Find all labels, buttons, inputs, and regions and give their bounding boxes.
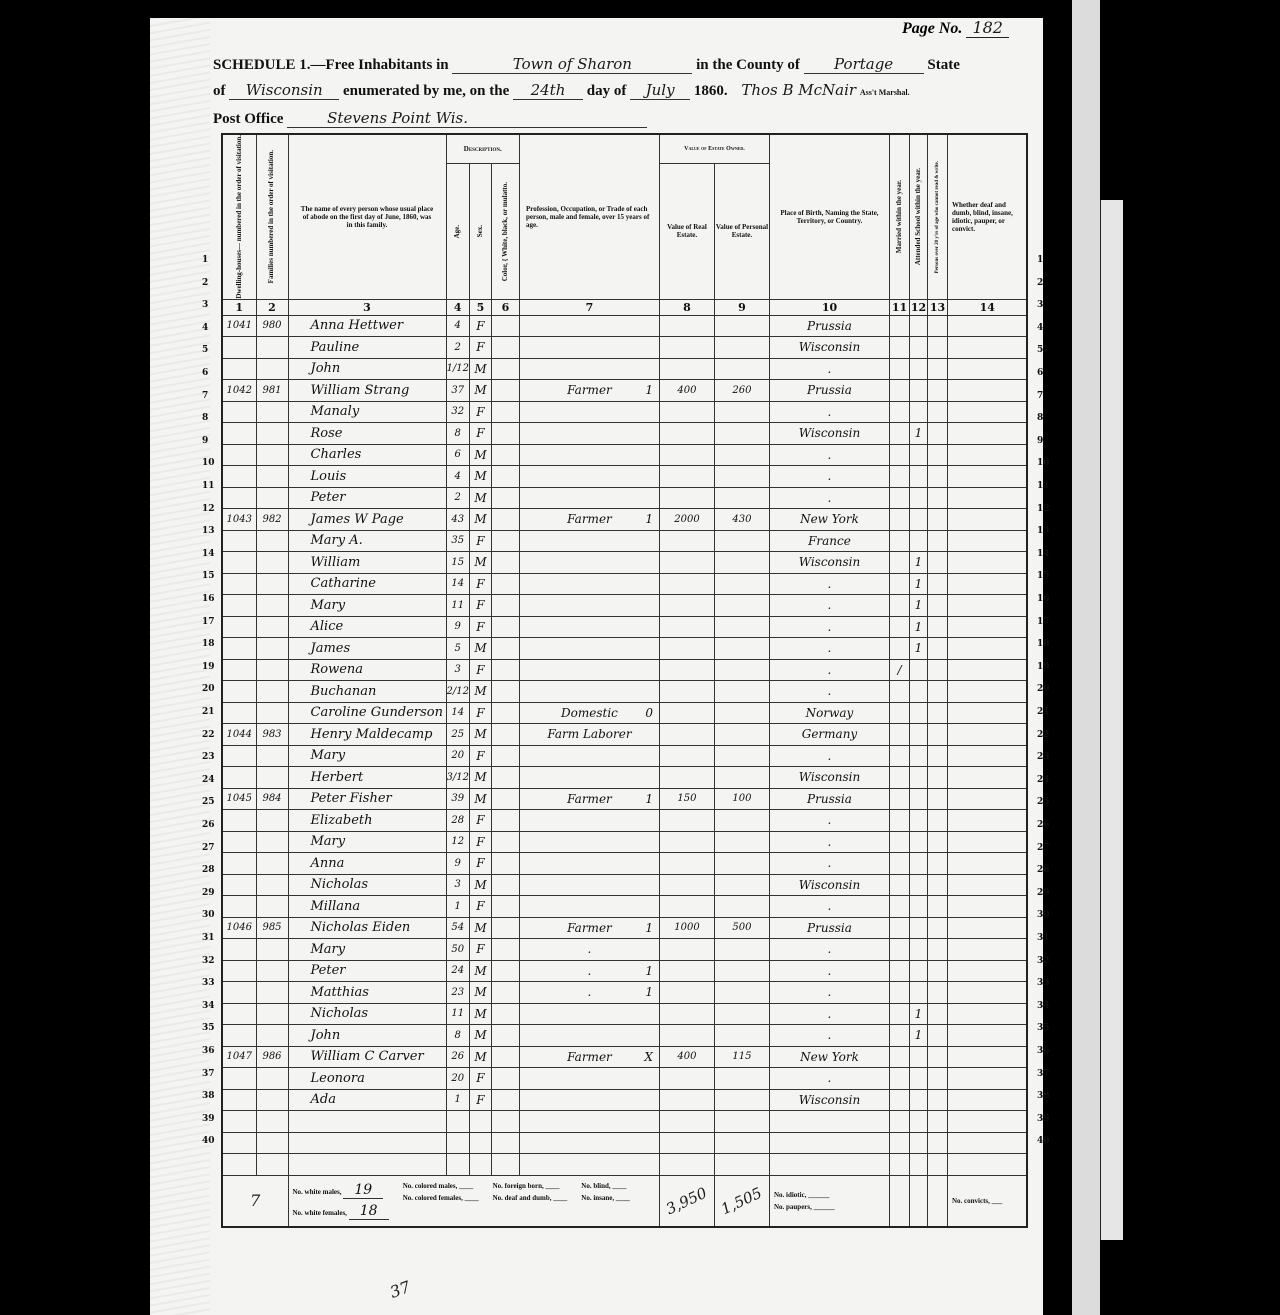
sex-cell: M: [469, 380, 491, 402]
line-number: 24: [1037, 775, 1050, 785]
line-number: 25: [202, 797, 215, 807]
line-number: 4: [202, 323, 208, 333]
color-cell: [491, 509, 519, 531]
person-name-cell: [288, 1154, 446, 1176]
real-estate-value-cell: [659, 896, 714, 918]
occupation-mark: 1: [645, 383, 653, 397]
occupation-cell: [519, 573, 659, 595]
cannot-read-write-cell: [927, 1003, 947, 1025]
real-estate-value-cell: [659, 466, 714, 488]
attended-school-cell: [909, 1111, 927, 1133]
census-table: Dwelling-houses— numbered in the order o…: [221, 133, 1028, 1228]
family-number-cell: [256, 702, 288, 724]
col-header-color: Color, { White, black, or mulatto.: [491, 164, 519, 299]
table-row: Ada1FWisconsin: [222, 1089, 1027, 1111]
sex-cell: M: [469, 552, 491, 574]
real-estate-value-cell: [659, 960, 714, 982]
person-name-cell: Mary: [288, 595, 446, 617]
family-number-cell: [256, 358, 288, 380]
age-cell: 14: [446, 702, 469, 724]
personal-estate-value-cell: [714, 702, 769, 724]
personal-estate-value-cell: [714, 1154, 769, 1176]
sex-cell: M: [469, 960, 491, 982]
line-number: 30: [1037, 910, 1050, 920]
occupation-cell: [519, 874, 659, 896]
disability-cell: [947, 659, 1027, 681]
table-row: Anna9F.: [222, 853, 1027, 875]
line-number: 38: [202, 1091, 215, 1101]
family-number-cell: [256, 1111, 288, 1133]
occupation-cell: [519, 1003, 659, 1025]
color-cell: [491, 595, 519, 617]
occupation-cell: [519, 1132, 659, 1154]
birthplace-cell: .: [769, 939, 889, 961]
line-number: 9: [202, 436, 208, 446]
disability-cell: [947, 358, 1027, 380]
dwelling-number-cell: [222, 982, 256, 1004]
col-header-age: Age.: [446, 164, 469, 299]
color-cell: [491, 444, 519, 466]
birthplace-cell: France: [769, 530, 889, 552]
sex-cell: M: [469, 724, 491, 746]
disability-cell: [947, 788, 1027, 810]
birthplace-cell: .: [769, 982, 889, 1004]
line-number: 6: [1037, 368, 1043, 378]
real-estate-value-cell: 400: [659, 1046, 714, 1068]
birthplace-cell: [769, 1154, 889, 1176]
table-row: 1047986William C Carver26MFarmerX400115N…: [222, 1046, 1027, 1068]
age-cell: 3: [446, 874, 469, 896]
age-cell: 1: [446, 1089, 469, 1111]
sex-cell: M: [469, 638, 491, 660]
line-number: 13: [202, 526, 215, 536]
disability-cell: [947, 767, 1027, 789]
married-within-year-cell: [889, 960, 909, 982]
age-cell: 20: [446, 1068, 469, 1090]
sex-cell: M: [469, 982, 491, 1004]
person-name-cell: Peter: [288, 960, 446, 982]
table-row: Catharine14F.1: [222, 573, 1027, 595]
table-row: Rowena3F./: [222, 659, 1027, 681]
attended-school-cell: [909, 939, 927, 961]
occupation-cell: .1: [519, 960, 659, 982]
personal-estate-value-cell: [714, 831, 769, 853]
family-number-cell: 984: [256, 788, 288, 810]
disability-cell: [947, 1132, 1027, 1154]
age-cell: 50: [446, 939, 469, 961]
disability-cell: [947, 1025, 1027, 1047]
attended-school-cell: [909, 487, 927, 509]
married-within-year-cell: [889, 1003, 909, 1025]
disability-cell: [947, 380, 1027, 402]
cannot-read-write-cell: [927, 315, 947, 337]
family-number-cell: [256, 767, 288, 789]
personal-estate-value-cell: [714, 444, 769, 466]
family-number-cell: [256, 487, 288, 509]
age-cell: 12: [446, 831, 469, 853]
occupation-cell: [519, 552, 659, 574]
margin-note: 37: [387, 1277, 413, 1302]
line-number: 6: [202, 368, 208, 378]
real-estate-total: 3,950: [659, 1175, 714, 1227]
county-field: Portage: [804, 55, 924, 74]
birthplace-cell: .: [769, 960, 889, 982]
sex-cell: F: [469, 530, 491, 552]
real-estate-value-cell: [659, 1068, 714, 1090]
table-row: 1042981William Strang37MFarmer1400260Pru…: [222, 380, 1027, 402]
dwelling-number-cell: [222, 423, 256, 445]
attended-school-cell: [909, 1154, 927, 1176]
personal-estate-total: 1,505: [714, 1175, 769, 1227]
birthplace-cell: [769, 1111, 889, 1133]
married-within-year-cell: [889, 1111, 909, 1133]
person-name-cell: John: [288, 358, 446, 380]
personal-estate-value-cell: [714, 595, 769, 617]
color-cell: [491, 315, 519, 337]
age-cell: 35: [446, 530, 469, 552]
age-cell: 9: [446, 853, 469, 875]
personal-estate-value-cell: [714, 874, 769, 896]
age-cell: 1/12: [446, 358, 469, 380]
birthplace-cell: New York: [769, 509, 889, 531]
disability-cell: [947, 1003, 1027, 1025]
table-row: Manaly32F.: [222, 401, 1027, 423]
sex-cell: [469, 1111, 491, 1133]
dwelling-number-cell: [222, 401, 256, 423]
family-number-cell: [256, 573, 288, 595]
cannot-read-write-cell: [927, 745, 947, 767]
married-within-year-cell: [889, 1046, 909, 1068]
line-number: 26: [202, 820, 215, 830]
state-field: Wisconsin: [229, 81, 339, 100]
line-number: 19: [1037, 662, 1050, 672]
age-cell: 2/12: [446, 681, 469, 703]
occupation-cell: [519, 466, 659, 488]
real-estate-value-cell: [659, 337, 714, 359]
age-cell: 6: [446, 444, 469, 466]
disability-cell: [947, 509, 1027, 531]
married-within-year-cell: [889, 616, 909, 638]
attended-school-cell: [909, 681, 927, 703]
color-cell: [491, 853, 519, 875]
married-within-year-cell: [889, 853, 909, 875]
disability-cell: [947, 595, 1027, 617]
married-within-year-cell: [889, 1089, 909, 1111]
color-cell: [491, 960, 519, 982]
line-number: 19: [202, 662, 215, 672]
line-number: 39: [202, 1114, 215, 1124]
cannot-read-write-cell: [927, 337, 947, 359]
family-number-cell: [256, 1132, 288, 1154]
color-cell: [491, 1003, 519, 1025]
occupation-cell: [519, 896, 659, 918]
dwelling-number-cell: [222, 702, 256, 724]
color-cell: [491, 767, 519, 789]
col-header-occupation: Profession, Occupation, or Trade of each…: [519, 134, 659, 299]
table-row: Mary20F.: [222, 745, 1027, 767]
married-within-year-cell: [889, 702, 909, 724]
real-estate-value-cell: [659, 444, 714, 466]
age-cell: 28: [446, 810, 469, 832]
table-row: Alice9F.1: [222, 616, 1027, 638]
col-header-married: Married within the year.: [889, 134, 909, 299]
birthplace-cell: Wisconsin: [769, 337, 889, 359]
dwelling-number-cell: [222, 1003, 256, 1025]
married-within-year-cell: [889, 530, 909, 552]
line-number: 30: [202, 910, 215, 920]
color-cell: [491, 788, 519, 810]
occupation-cell: [519, 616, 659, 638]
dwelling-number-cell: [222, 444, 256, 466]
dwelling-number-cell: [222, 337, 256, 359]
color-cell: [491, 337, 519, 359]
married-within-year-cell: [889, 509, 909, 531]
birthplace-cell: Wisconsin: [769, 423, 889, 445]
family-number-cell: [256, 1154, 288, 1176]
line-number: 37: [1037, 1069, 1050, 1079]
married-within-year-cell: [889, 1132, 909, 1154]
occupation-cell: [519, 1089, 659, 1111]
person-name-cell: Rose: [288, 423, 446, 445]
married-within-year-cell: [889, 595, 909, 617]
occupation-mark: 1: [645, 921, 653, 935]
dwelling-number-cell: [222, 1111, 256, 1133]
age-cell: 9: [446, 616, 469, 638]
col-header-school: Attended School within the year.: [909, 134, 927, 299]
attended-school-cell: [909, 917, 927, 939]
summary-section: 7 No. white males, 19 No. white females,…: [222, 1175, 1027, 1227]
disability-cell: [947, 638, 1027, 660]
family-number-cell: [256, 896, 288, 918]
personal-estate-value-cell: [714, 1025, 769, 1047]
disability-cell: [947, 552, 1027, 574]
cannot-read-write-cell: [927, 1154, 947, 1176]
line-number: 9: [1037, 436, 1043, 446]
table-row: Nicholas11M.1: [222, 1003, 1027, 1025]
occupation-cell: Farmer1: [519, 788, 659, 810]
person-name-cell: James W Page: [288, 509, 446, 531]
line-number: 18: [202, 639, 215, 649]
birthplace-cell: Wisconsin: [769, 552, 889, 574]
occupation-cell: [519, 1111, 659, 1133]
disability-cell: [947, 315, 1027, 337]
occupation-cell: [519, 423, 659, 445]
birthplace-cell: .: [769, 831, 889, 853]
age-cell: 25: [446, 724, 469, 746]
person-name-cell: William Strang: [288, 380, 446, 402]
enumeration-line: of Wisconsin enumerated by me, on the 24…: [213, 81, 910, 100]
sex-cell: F: [469, 853, 491, 875]
day-field: 24th: [513, 81, 583, 100]
occupation-cell: [519, 831, 659, 853]
personal-estate-value-cell: [714, 724, 769, 746]
attended-school-cell: [909, 1046, 927, 1068]
age-cell: 54: [446, 917, 469, 939]
person-name-cell: Elizabeth: [288, 810, 446, 832]
married-within-year-cell: [889, 380, 909, 402]
personal-estate-value-cell: [714, 616, 769, 638]
sex-cell: F: [469, 810, 491, 832]
line-number: 37: [202, 1069, 215, 1079]
dwelling-number-cell: [222, 466, 256, 488]
census-rows: 1041980Anna Hettwer4FPrussiaPauline2FWis…: [222, 315, 1027, 1175]
personal-estate-value-cell: [714, 401, 769, 423]
sex-cell: [469, 1132, 491, 1154]
person-name-cell: Caroline Gunderson: [288, 702, 446, 724]
cannot-read-write-cell: [927, 681, 947, 703]
married-within-year-cell: [889, 337, 909, 359]
occupation-cell: [519, 595, 659, 617]
schedule-heading: SCHEDULE 1.—Free Inhabitants in Town of …: [213, 55, 960, 74]
line-number: 27: [202, 843, 215, 853]
dwelling-number-cell: 1047: [222, 1046, 256, 1068]
sex-cell: F: [469, 1089, 491, 1111]
line-number: 34: [1037, 1001, 1050, 1011]
col-header-family: Families numbered in the order of visita…: [256, 134, 288, 299]
age-cell: 15: [446, 552, 469, 574]
line-number: 29: [1037, 888, 1050, 898]
dwelling-number-cell: [222, 1068, 256, 1090]
family-number-cell: [256, 745, 288, 767]
married-within-year-cell: [889, 745, 909, 767]
real-estate-value-cell: [659, 1154, 714, 1176]
sex-cell: F: [469, 939, 491, 961]
sex-cell: F: [469, 702, 491, 724]
family-number-cell: [256, 960, 288, 982]
occupation-cell: Farmer1: [519, 509, 659, 531]
line-number: 31: [202, 933, 215, 943]
real-estate-value-cell: [659, 358, 714, 380]
table-row: Matthias23M.1.: [222, 982, 1027, 1004]
dwelling-number-cell: 1046: [222, 917, 256, 939]
disability-cell: [947, 939, 1027, 961]
line-number: 32: [202, 956, 215, 966]
real-estate-value-cell: [659, 616, 714, 638]
table-row: Elizabeth28F.: [222, 810, 1027, 832]
sex-cell: F: [469, 315, 491, 337]
occupation-mark: 0: [645, 706, 653, 720]
attended-school-cell: [909, 702, 927, 724]
family-number-cell: [256, 659, 288, 681]
disability-cell: [947, 702, 1027, 724]
birthplace-cell: Prussia: [769, 315, 889, 337]
real-estate-value-cell: [659, 1003, 714, 1025]
family-number-cell: [256, 638, 288, 660]
married-within-year-cell: [889, 1154, 909, 1176]
real-estate-value-cell: [659, 810, 714, 832]
col-header-value-estate: Value of Estate Owned.: [659, 134, 769, 164]
line-number: 17: [1037, 617, 1050, 627]
family-number-cell: [256, 444, 288, 466]
line-number: 12: [202, 504, 215, 514]
cannot-read-write-cell: [927, 810, 947, 832]
cannot-read-write-cell: [927, 358, 947, 380]
dwelling-number-cell: [222, 595, 256, 617]
color-cell: [491, 874, 519, 896]
disability-cell: [947, 724, 1027, 746]
disability-cell: [947, 960, 1027, 982]
disability-cell: [947, 616, 1027, 638]
personal-estate-value-cell: [714, 659, 769, 681]
age-cell: 4: [446, 315, 469, 337]
birthplace-cell: .: [769, 358, 889, 380]
attended-school-cell: 1: [909, 552, 927, 574]
line-number: 21: [202, 707, 215, 717]
table-row: Leonora20F.: [222, 1068, 1027, 1090]
line-number: 35: [1037, 1023, 1050, 1033]
occupation-cell: .: [519, 939, 659, 961]
line-number: 29: [202, 888, 215, 898]
person-name-cell: Catharine: [288, 573, 446, 595]
color-cell: [491, 552, 519, 574]
attended-school-cell: [909, 745, 927, 767]
color-cell: [491, 401, 519, 423]
real-estate-value-cell: 400: [659, 380, 714, 402]
occupation-cell: Farmer1: [519, 917, 659, 939]
col-header-name: The name of every person whose usual pla…: [288, 134, 446, 299]
person-name-cell: Matthias: [288, 982, 446, 1004]
disability-cell: [947, 982, 1027, 1004]
dwelling-number-cell: [222, 681, 256, 703]
color-cell: [491, 1025, 519, 1047]
real-estate-value-cell: [659, 745, 714, 767]
attended-school-cell: 1: [909, 573, 927, 595]
attended-school-cell: 1: [909, 1025, 927, 1047]
personal-estate-value-cell: [714, 487, 769, 509]
person-name-cell: Millana: [288, 896, 446, 918]
color-cell: [491, 917, 519, 939]
color-cell: [491, 616, 519, 638]
birthplace-cell: .: [769, 810, 889, 832]
dwelling-number-cell: 1041: [222, 315, 256, 337]
sex-cell: F: [469, 423, 491, 445]
married-within-year-cell: [889, 638, 909, 660]
family-number-cell: [256, 1003, 288, 1025]
family-number-cell: [256, 616, 288, 638]
line-number: 13: [1037, 526, 1050, 536]
real-estate-value-cell: [659, 982, 714, 1004]
personal-estate-value-cell: [714, 767, 769, 789]
cannot-read-write-cell: [927, 401, 947, 423]
family-number-cell: 980: [256, 315, 288, 337]
attended-school-cell: 1: [909, 595, 927, 617]
page-number: Page No. 182: [902, 18, 1009, 38]
person-name-cell: Alice: [288, 616, 446, 638]
person-name-cell: Anna Hettwer: [288, 315, 446, 337]
occupation-cell: [519, 358, 659, 380]
real-estate-value-cell: 1000: [659, 917, 714, 939]
family-number-cell: 981: [256, 380, 288, 402]
line-number: 18: [1037, 639, 1050, 649]
line-number: 31: [1037, 933, 1050, 943]
real-estate-value-cell: [659, 767, 714, 789]
cannot-read-write-cell: [927, 874, 947, 896]
cannot-read-write-cell: [927, 767, 947, 789]
person-name-cell: Buchanan: [288, 681, 446, 703]
personal-estate-value-cell: [714, 960, 769, 982]
age-cell: 3/12: [446, 767, 469, 789]
birthplace-cell: .: [769, 616, 889, 638]
line-number: 7: [202, 391, 208, 401]
line-number: 23: [1037, 752, 1050, 762]
person-name-cell: [288, 1132, 446, 1154]
line-number: 14: [1037, 549, 1050, 559]
attended-school-cell: 1: [909, 638, 927, 660]
table-row: Peter2M.: [222, 487, 1027, 509]
age-cell: [446, 1154, 469, 1176]
married-within-year-cell: [889, 767, 909, 789]
occupation-cell: FarmerX: [519, 1046, 659, 1068]
